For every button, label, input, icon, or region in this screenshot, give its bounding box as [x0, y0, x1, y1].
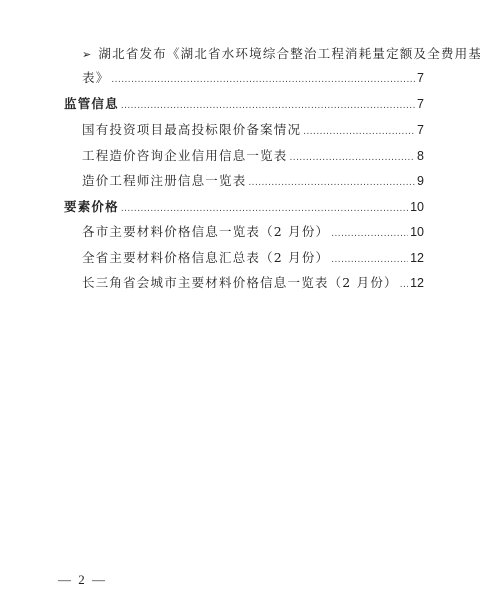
toc-page-number: 7: [417, 96, 424, 112]
dot-leader: [400, 277, 408, 293]
toc-page-number: 12: [410, 250, 424, 266]
toc-entry[interactable]: 各市主要材料价格信息一览表（2 月份） 10: [82, 224, 424, 242]
toc-entry-title: 全省主要材料价格信息汇总表（2 月份）: [82, 250, 329, 266]
toc-entry-title-line2: 表》: [82, 70, 109, 86]
dot-leader: [290, 150, 416, 166]
toc-section-title: 要素价格: [64, 199, 119, 215]
toc-section-element-prices[interactable]: 要素价格 10: [64, 199, 424, 217]
toc-entry-title: 长三角省会城市主要材料价格信息一览表（2 月份）: [82, 275, 398, 291]
toc-entry-title: 国有投资项目最高投标限价备案情况: [82, 122, 301, 138]
toc-entry[interactable]: 长三角省会城市主要材料价格信息一览表（2 月份） 12: [82, 275, 424, 293]
dot-leader: [121, 98, 415, 114]
toc-section-title: 监管信息: [64, 96, 119, 112]
toc-entry-continued-line2[interactable]: 表》 7: [82, 70, 424, 88]
toc-entry-title: 造价工程师注册信息一览表: [82, 173, 246, 189]
dot-leader: [121, 201, 408, 217]
toc-entry-continued[interactable]: ➢湖北省发布《湖北省水环境综合整治工程消耗量定额及全费用基价: [82, 44, 480, 62]
toc-entry[interactable]: 工程造价咨询企业信用信息一览表 8: [82, 148, 424, 166]
toc-page-number: 9: [417, 173, 424, 189]
toc-entry[interactable]: 造价工程师注册信息一览表 9: [82, 173, 424, 191]
toc-entry[interactable]: 国有投资项目最高投标限价备案情况 7: [82, 122, 424, 140]
page-number-footer: — 2 —: [58, 572, 107, 588]
toc-page-number: 12: [410, 275, 424, 291]
dot-leader: [111, 72, 415, 88]
dot-leader: [248, 175, 415, 191]
dot-leader: [303, 124, 415, 140]
toc-page-number: 10: [410, 224, 424, 240]
toc-page-number: 7: [417, 70, 424, 86]
toc-page-number: 7: [417, 122, 424, 138]
toc-entry-title-line1: 湖北省发布《湖北省水环境综合整治工程消耗量定额及全费用基价: [98, 46, 480, 61]
dot-leader: [331, 252, 408, 268]
toc-entry-title: 工程造价咨询企业信用信息一览表: [82, 148, 288, 164]
toc-entry[interactable]: 全省主要材料价格信息汇总表（2 月份） 12: [82, 250, 424, 268]
toc-page-number: 10: [410, 199, 424, 215]
arrow-bullet-icon: ➢: [82, 48, 92, 61]
toc-page-number: 8: [417, 148, 424, 164]
dot-leader: [331, 226, 408, 242]
toc-entry-title: 各市主要材料价格信息一览表（2 月份）: [82, 224, 329, 240]
toc-section-supervision[interactable]: 监管信息 7: [64, 96, 424, 114]
